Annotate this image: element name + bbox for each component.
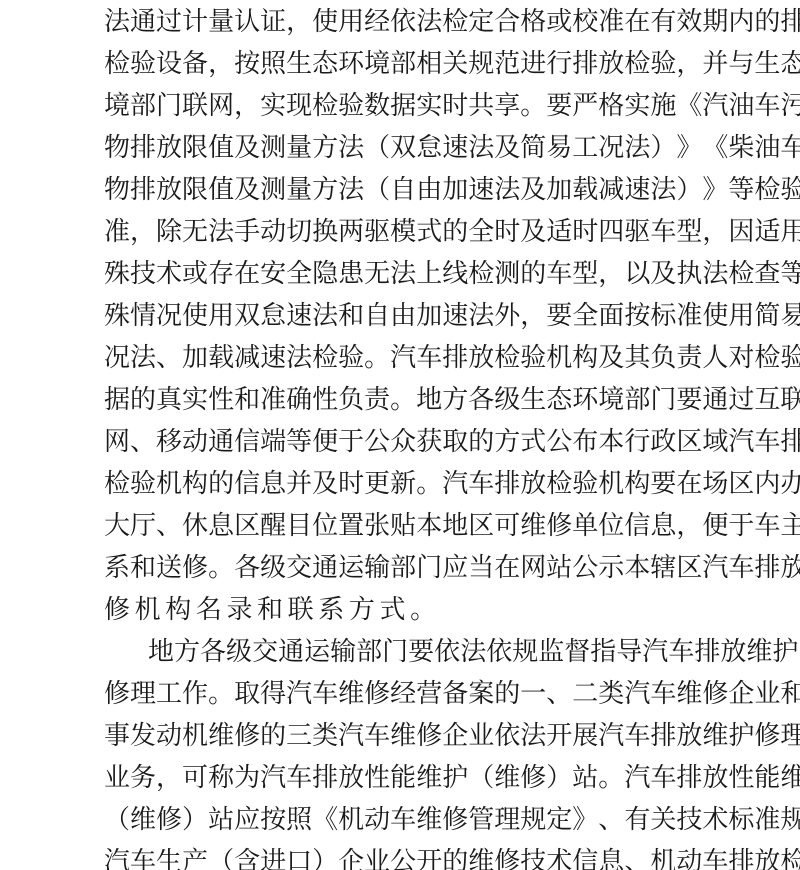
text-line: 法通过计量认证，使用经依法检定合格或校准在有效期内的排放: [104, 7, 697, 37]
text-line: 地方各级交通运输部门要依法依规监督指导汽车排放维护: [148, 637, 697, 667]
text-line: 况法、加载减速法检验。汽车排放检验机构及其负责人对检验数: [104, 343, 697, 373]
text-line: 事发动机维修的三类汽车维修企业依法开展汽车排放维护修理: [104, 721, 697, 751]
text-line: 物排放限值及测量方法（双怠速法及简易工况法）》《柴油车污染: [104, 133, 697, 163]
text-line: 业务，可称为汽车排放性能维护（维修）站。汽车排放性能维护: [104, 763, 697, 793]
text-line: （维修）站应按照《机动车维修管理规定》、有关技术标准规范、: [104, 805, 697, 835]
text-line: 网、移动通信端等便于公众获取的方式公布本行政区域汽车排放: [104, 427, 697, 457]
text-line: 物排放限值及测量方法（自由加速法及加载减速法）》等检验标: [104, 175, 697, 205]
text-line: 殊技术或存在安全隐患无法上线检测的车型，以及执法检查等特: [104, 259, 697, 289]
text-line: 汽车生产（含进口）企业公开的维修技术信息、机动车排放检验: [104, 847, 697, 870]
text-line: 据的真实性和准确性负责。地方各级生态环境部门要通过互联: [104, 385, 697, 415]
text-line: 检验设备，按照生态环境部相关规范进行排放检验，并与生态环: [104, 49, 697, 79]
text-line: 准，除无法手动切换两驱模式的全时及适时四驱车型，因适用特: [104, 217, 697, 247]
text-line: 检验机构的信息并及时更新。汽车排放检验机构要在场区内办事: [104, 469, 697, 499]
text-line: 境部门联网，实现检验数据实时共享。要严格实施《汽油车污染: [104, 91, 697, 121]
text-line: 修机构名录和联系方式。: [104, 595, 697, 625]
text-line: 殊情况使用双怠速法和自由加速法外，要全面按标准使用简易工: [104, 301, 697, 331]
text-line: 系和送修。各级交通运输部门应当在网站公示本辖区汽车排放维: [104, 553, 697, 583]
text-line: 修理工作。取得汽车维修经营备案的一、二类汽车维修企业和从: [104, 679, 697, 709]
text-line: 大厅、休息区醒目位置张贴本地区可维修单位信息，便于车主联: [104, 511, 697, 541]
